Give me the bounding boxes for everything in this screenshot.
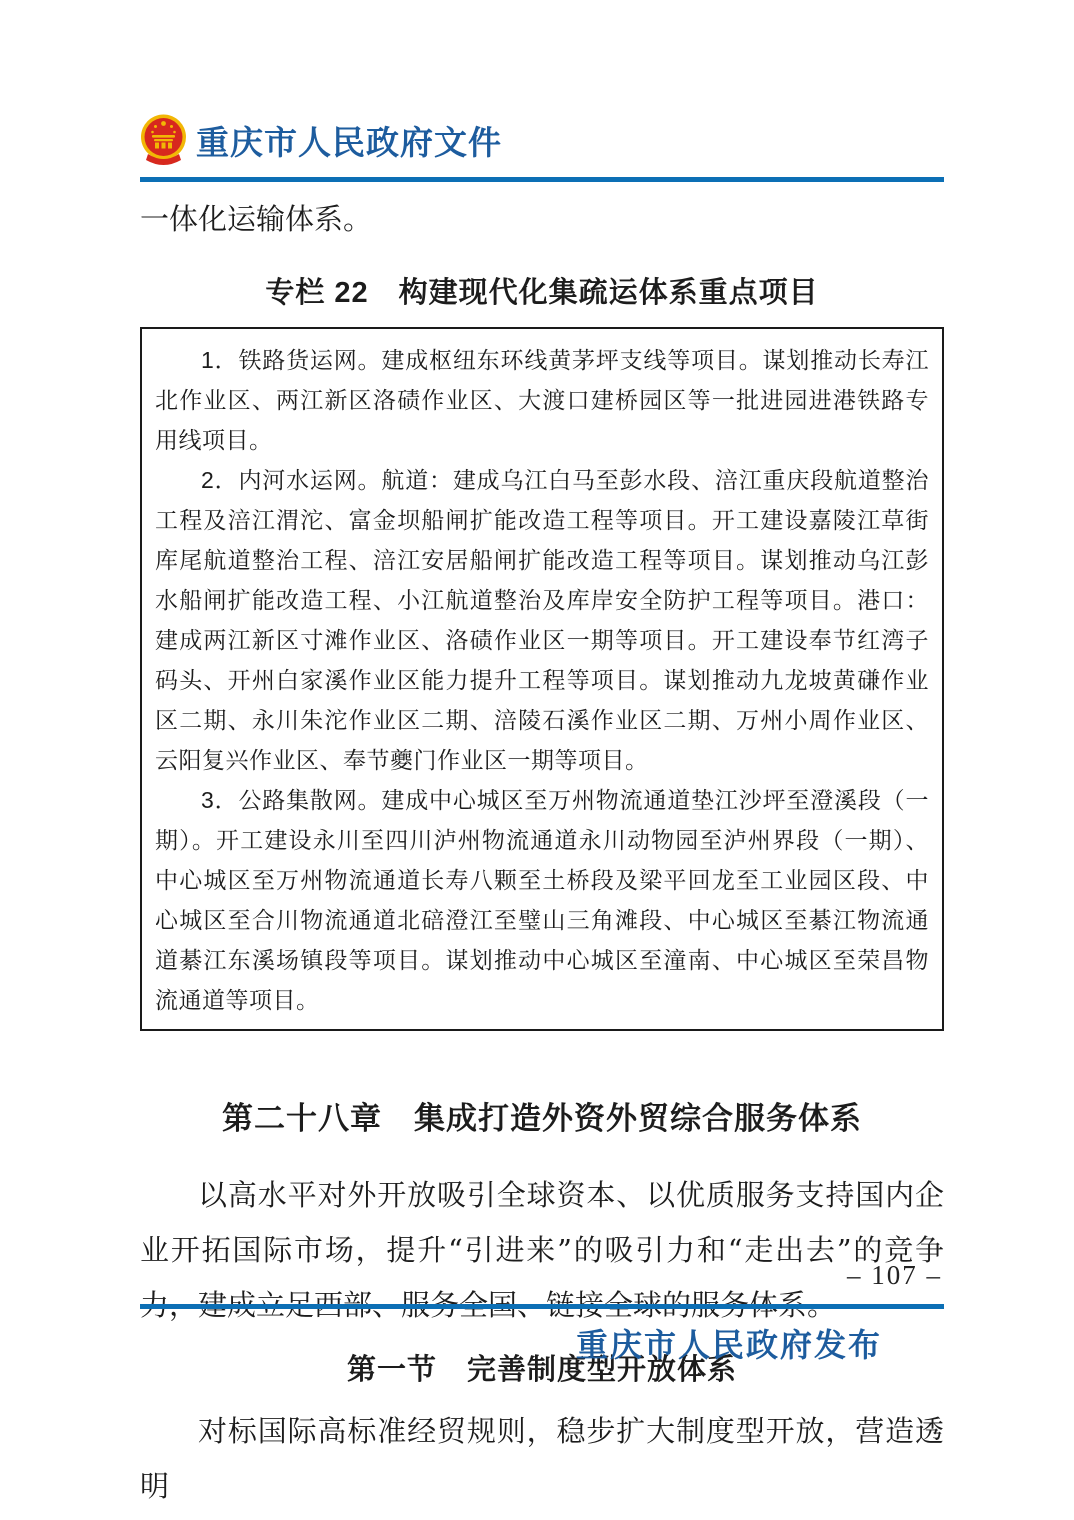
feature-box: 1．铁路货运网。建成枢纽东环线黄茅坪支线等项目。谋划推动长寿江北作业区、两江新区… [140, 327, 944, 1031]
page-content: 重庆市人民政府文件 一体化运输体系。 专栏 22 构建现代化集疏运体系重点项目 … [140, 0, 944, 1514]
header-divider [140, 177, 944, 182]
national-emblem-icon [140, 112, 187, 168]
publisher-label: 重庆市人民政府发布 [576, 1320, 882, 1366]
feature-box-title: 专栏 22 构建现代化集疏运体系重点项目 [140, 270, 944, 311]
box-paragraph-waterway: 2．内河水运网。航道：建成乌江白马至彭水段、涪江重庆段航道整治工程及涪江渭沱、富… [155, 460, 929, 780]
document-page: { "header": { "title": "重庆市人民政府文件", "emb… [0, 0, 1074, 1520]
page-number: – 107 – [847, 1260, 942, 1291]
box-paragraph-rail: 1．铁路货运网。建成枢纽东环线黄茅坪支线等项目。谋划推动长寿江北作业区、两江新区… [155, 340, 929, 460]
document-header: 重庆市人民政府文件 [140, 112, 944, 168]
intro-paragraph: 一体化运输体系。 [140, 198, 944, 240]
document-title: 重庆市人民政府文件 [196, 117, 502, 164]
footer-divider [140, 1304, 944, 1309]
chapter-title: 第二十八章 集成打造外资外贸综合服务体系 [140, 1093, 944, 1138]
closing-paragraph: 对标国际高标准经贸规则，稳步扩大制度型开放，营造透明 [140, 1404, 944, 1514]
box-paragraph-highway: 3．公路集散网。建成中心城区至万州物流通道垫江沙坪至澄溪段（一期）。开工建设永川… [155, 780, 929, 1020]
